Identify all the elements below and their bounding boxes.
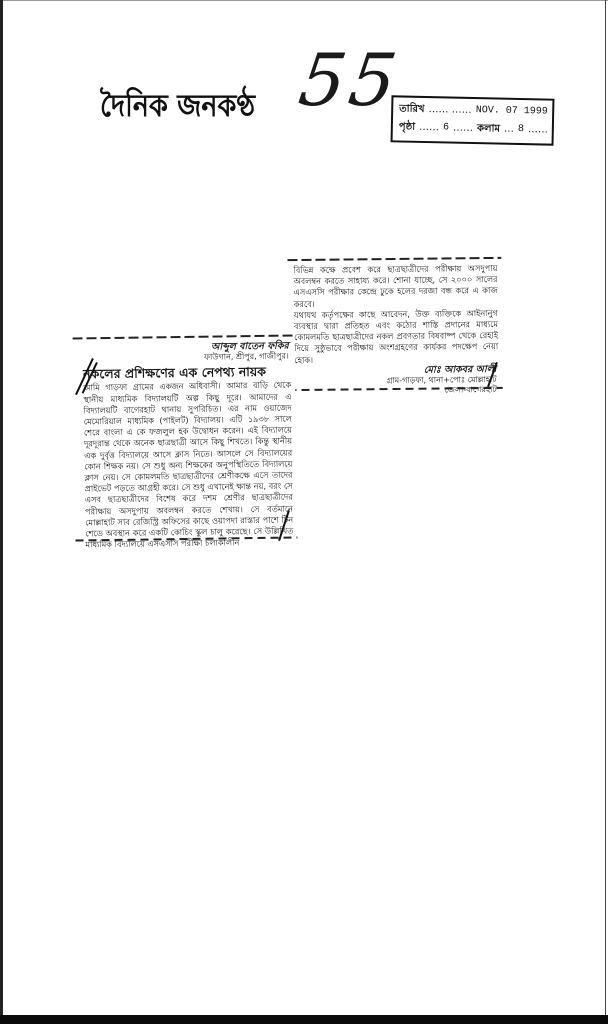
stamp-dots: … — [504, 121, 514, 139]
stamp-dots: …… — [419, 119, 439, 137]
scan-border-right — [605, 0, 606, 1024]
letter-headline: নকলের প্রশিক্ষণের এক নেপথ্য নায়ক — [83, 366, 295, 380]
stamp-date-label: তারিখ — [399, 100, 425, 119]
clip-paragraph: আমি গাড়ফা গ্রামের একজন অধিবাসী। আমার বা… — [83, 380, 293, 551]
clip-paragraph: যথাযথ কর্তৃপক্ষের কাছে আবেদন, উক্ত ব্যক্… — [294, 308, 499, 366]
stamp-page-row: পৃষ্ঠা …… 6 …… কলাম … 8 …… — [399, 118, 546, 139]
stamp-page-value: 6 — [443, 119, 449, 137]
stamp-date-value: NOV. 07 1999 — [476, 102, 548, 122]
scan-border-bottom — [0, 1015, 608, 1024]
scan-border-left — [0, 0, 3, 1024]
scan-border-top — [0, 0, 608, 1]
date-stamp: তারিখ …… …… NOV. 07 1999 পৃষ্ঠা …… 6 …… … — [391, 95, 555, 145]
clip-body: আমি গাড়ফা গ্রামের একজন অধিবাসী। আমার বা… — [73, 380, 297, 551]
stamp-column-value: 8 — [518, 121, 524, 139]
clip-paragraph: বিভিন্ন কক্ষে প্রবেশ করে ছাত্রছাত্রীদের … — [293, 263, 497, 310]
clip-body: বিভিন্ন কক্ষে প্রবেশ করে ছাত্রছাত্রীদের … — [287, 257, 502, 366]
stamp-page-label: পৃষ্ঠা — [399, 118, 416, 136]
stamp-column-label: কলাম — [477, 120, 500, 138]
letter-signature: মোঃ আকবর আলী গ্রাম-গাড়ফা, থানা+পোঃ মোল্… — [288, 364, 502, 397]
clipping-letter-continuation: বিভিন্ন কক্ষে প্রবেশ করে ছাত্রছাত্রীদের … — [287, 257, 502, 391]
handwritten-page-number: 55 — [294, 38, 405, 122]
stamp-dots: …… — [453, 120, 473, 138]
byline-address: ফাউগান, শ্রীপুর, গাজীপুর। — [73, 352, 289, 365]
clipping-letter-main: আব্দুল বাতেন ফকির ফাউগান, শ্রীপুর, গাজীপ… — [73, 334, 298, 541]
stamp-dots: …… — [528, 121, 548, 139]
stamp-dots: …… …… — [428, 101, 472, 120]
newspaper-masthead: দৈনিক জনকণ্ঠ — [100, 83, 255, 135]
